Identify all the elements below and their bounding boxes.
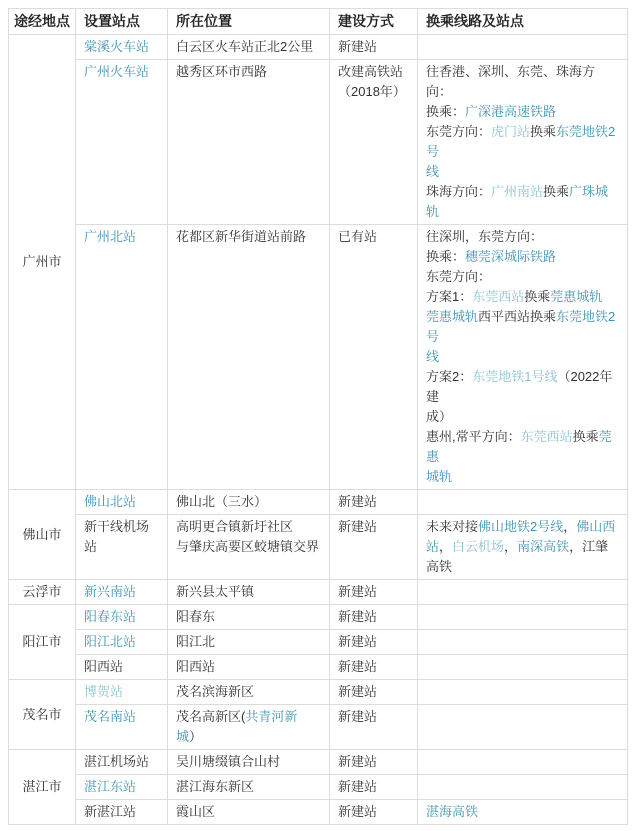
transfer-cell-text: 未来对接	[426, 519, 478, 534]
transfer-cell-line: 未来对接佛山地铁2号线，佛山西	[426, 517, 619, 537]
transfer-cell-text: 成）	[426, 409, 452, 424]
transfer-cell-text: ，	[439, 539, 452, 554]
transfer-cell-text: 换乘：	[426, 104, 465, 119]
location-cell: 吴川塘缀镇合山村	[168, 750, 330, 775]
construction-cell: 新建站	[330, 35, 418, 60]
location-cell: 湛江海东新区	[168, 775, 330, 800]
transfer-cell-link[interactable]: 虎门站	[491, 124, 530, 139]
construction-cell-line: 已有站	[338, 227, 409, 247]
transfer-cell-text: ，	[569, 539, 582, 554]
location-cell-line: 茂名高新区(共青河新城）	[176, 707, 321, 747]
location-cell-text: 吴川塘缀镇合山村	[176, 754, 280, 769]
transfer-cell-link[interactable]: 站	[426, 539, 439, 554]
transfer-cell	[418, 35, 628, 60]
construction-cell-text: 新建站	[338, 609, 377, 624]
construction-cell-line: 新建站	[338, 37, 409, 57]
station-cell-link[interactable]: 阳春东站	[84, 609, 136, 624]
construction-cell: 新建站	[330, 515, 418, 580]
transfer-cell: 未来对接佛山地铁2号线，佛山西站，白云机场，南深高铁，江肇高铁	[418, 515, 628, 580]
transfer-cell-text: ，	[504, 539, 517, 554]
station-cell: 棠溪火车站	[76, 35, 168, 60]
station-cell-line: 广州北站	[84, 227, 159, 247]
location-cell-line: 花都区新华街道站前路	[176, 227, 321, 247]
transfer-cell-link[interactable]: 南深高铁	[517, 539, 569, 554]
table-body: 广州市棠溪火车站白云区火车站正北2公里新建站广州火车站越秀区环市西路改建高铁站（…	[9, 35, 628, 825]
transfer-cell: 往深圳，东莞方向：换乘：穗莞深城际铁路东莞方向：方案1：东莞西站换乘莞惠城轨莞惠…	[418, 225, 628, 490]
transfer-cell-text: 东莞方向：	[426, 124, 491, 139]
location-cell-text: 阳西站	[176, 659, 215, 674]
city-cell: 茂名市	[9, 680, 76, 750]
transfer-cell	[418, 630, 628, 655]
transfer-cell-link[interactable]: 城轨	[426, 469, 452, 484]
transfer-cell-link[interactable]: 线	[426, 164, 439, 179]
header-station: 设置站点	[76, 9, 168, 35]
construction-cell: 新建站	[330, 800, 418, 825]
station-cell-line: 阳西站	[84, 657, 159, 677]
transfer-cell-text: 换乘	[524, 289, 550, 304]
construction-cell-line: 新建站	[338, 802, 409, 822]
station-cell: 湛江机场站	[76, 750, 168, 775]
construction-cell-text: 新建站	[338, 519, 377, 534]
station-cell-line: 博贺站	[84, 682, 159, 702]
transfer-cell-line: 线	[426, 347, 619, 367]
location-cell: 花都区新华街道站前路	[168, 225, 330, 490]
location-cell: 高明更合镇新圩社区与肇庆高要区蛟塘镇交界	[168, 515, 330, 580]
table-row: 云浮市新兴南站新兴县太平镇新建站	[9, 580, 628, 605]
location-cell-text: 花都区新华街道站前路	[176, 229, 306, 244]
transfer-cell-line: 方案1：东莞西站换乘莞惠城轨	[426, 287, 619, 307]
header-construction: 建设方式	[330, 9, 418, 35]
transfer-cell-line: 珠海方向：广州南站换乘广珠城轨	[426, 182, 619, 222]
station-cell-text: 阳西站	[84, 659, 123, 674]
station-cell-link[interactable]: 博贺站	[84, 684, 123, 699]
location-cell: 佛山北（三水）	[168, 490, 330, 515]
location-cell-line: 霞山区	[176, 802, 321, 822]
table-header-row: 途经地点 设置站点 所在位置 建设方式 换乘线路及站点	[9, 9, 628, 35]
location-cell-line: 茂名滨海新区	[176, 682, 321, 702]
construction-cell-line: 新建站	[338, 517, 409, 537]
construction-cell-text: 新建站	[338, 584, 377, 599]
location-cell-line: 高明更合镇新圩社区	[176, 517, 321, 537]
location-cell-line: 佛山北（三水）	[176, 492, 321, 512]
transfer-cell-text: 方案1：	[426, 289, 472, 304]
construction-cell-text: 改建高铁站	[338, 64, 403, 79]
construction-cell: 新建站	[330, 630, 418, 655]
location-cell-line: 湛江海东新区	[176, 777, 321, 797]
table-row: 新干线机场站高明更合镇新圩社区与肇庆高要区蛟塘镇交界新建站未来对接佛山地铁2号线…	[9, 515, 628, 580]
construction-cell-line: 新建站	[338, 657, 409, 677]
station-cell-text: 站	[84, 539, 97, 554]
construction-cell-line: 新建站	[338, 707, 409, 727]
table-row: 佛山市佛山北站佛山北（三水）新建站	[9, 490, 628, 515]
station-cell-line: 阳春东站	[84, 607, 159, 627]
station-cell-text: 新湛江站	[84, 804, 136, 819]
construction-cell-text: 新建站	[338, 634, 377, 649]
station-cell-line: 新兴南站	[84, 582, 159, 602]
transfer-cell-text: 惠州,常平方向：	[426, 429, 521, 444]
location-cell-line: 新兴县太平镇	[176, 582, 321, 602]
construction-cell-text: 新建站	[338, 754, 377, 769]
transfer-cell-link[interactable]: 莞惠城轨	[426, 309, 478, 324]
station-cell: 佛山北站	[76, 490, 168, 515]
construction-cell-line: 新建站	[338, 582, 409, 602]
city-cell: 佛山市	[9, 490, 76, 580]
transfer-cell-text: ，	[563, 519, 576, 534]
location-cell: 茂名滨海新区	[168, 680, 330, 705]
transfer-cell-line: 东莞方向：	[426, 267, 619, 287]
transfer-cell-text: 方案2：	[426, 369, 472, 384]
transfer-cell	[418, 705, 628, 750]
stations-table: 途经地点 设置站点 所在位置 建设方式 换乘线路及站点 广州市棠溪火车站白云区火…	[8, 8, 628, 825]
station-cell-text: 湛江机场站	[84, 754, 149, 769]
header-transfer: 换乘线路及站点	[418, 9, 628, 35]
construction-cell: 新建站	[330, 580, 418, 605]
transfer-cell: 湛海高铁	[418, 800, 628, 825]
station-cell: 新湛江站	[76, 800, 168, 825]
transfer-cell-text: 换乘：	[426, 249, 465, 264]
location-cell: 阳春东	[168, 605, 330, 630]
location-cell-line: 阳江北	[176, 632, 321, 652]
station-cell-text: 新干线机场	[84, 519, 149, 534]
transfer-cell-link[interactable]: 莞惠城轨	[550, 289, 602, 304]
location-cell-text: 霞山区	[176, 804, 215, 819]
construction-cell-text: 新建站	[338, 804, 377, 819]
station-cell-link[interactable]: 新兴南站	[84, 584, 136, 599]
construction-cell: 新建站	[330, 775, 418, 800]
page: 途经地点 设置站点 所在位置 建设方式 换乘线路及站点 广州市棠溪火车站白云区火…	[0, 0, 632, 831]
transfer-cell	[418, 775, 628, 800]
station-cell: 阳江北站	[76, 630, 168, 655]
city-cell: 云浮市	[9, 580, 76, 605]
transfer-cell	[418, 605, 628, 630]
transfer-cell-text: 西平西站换乘	[478, 309, 556, 324]
location-cell-text: ）	[189, 729, 202, 744]
transfer-cell-link[interactable]: 东莞西站	[472, 289, 524, 304]
table-row: 广州火车站越秀区环市西路改建高铁站（2018年）往香港、深圳、东莞、珠海方向：换…	[9, 60, 628, 225]
transfer-cell-line: 换乘：穗莞深城际铁路	[426, 247, 619, 267]
construction-cell-text: （2018年）	[338, 84, 406, 99]
station-cell: 新兴南站	[76, 580, 168, 605]
transfer-cell-text: 珠海方向：	[426, 184, 491, 199]
construction-cell: 新建站	[330, 750, 418, 775]
location-cell-text: 茂名高新区(	[176, 709, 245, 724]
station-cell-link[interactable]: 阳江北站	[84, 634, 136, 649]
construction-cell-text: 新建站	[338, 684, 377, 699]
station-cell-line: 站	[84, 537, 159, 557]
station-cell-line: 湛江机场站	[84, 752, 159, 772]
transfer-cell-link[interactable]: 广州南站	[491, 184, 543, 199]
location-cell-text: 阳江北	[176, 634, 215, 649]
station-cell: 博贺站	[76, 680, 168, 705]
location-cell: 霞山区	[168, 800, 330, 825]
header-route-location: 途经地点	[9, 9, 76, 35]
transfer-cell-text: 换乘	[543, 184, 569, 199]
table-row: 阳江市阳春东站阳春东新建站	[9, 605, 628, 630]
transfer-cell-line: 往香港、深圳、东莞、珠海方向：	[426, 62, 619, 102]
construction-cell-line: 新建站	[338, 777, 409, 797]
station-cell: 新干线机场站	[76, 515, 168, 580]
location-cell-text: 阳春东	[176, 609, 215, 624]
transfer-cell	[418, 490, 628, 515]
location-cell-line: 越秀区环市西路	[176, 62, 321, 82]
station-cell-line: 新湛江站	[84, 802, 159, 822]
city-cell: 阳江市	[9, 605, 76, 680]
location-cell-line: 阳西站	[176, 657, 321, 677]
table-row: 阳江北站阳江北新建站	[9, 630, 628, 655]
station-cell-link[interactable]: 广州火车站	[84, 64, 149, 79]
transfer-cell-line: 惠州,常平方向：东莞西站换乘莞惠	[426, 427, 619, 467]
table-row: 广州市棠溪火车站白云区火车站正北2公里新建站	[9, 35, 628, 60]
construction-cell-text: 新建站	[338, 659, 377, 674]
construction-cell: 已有站	[330, 225, 418, 490]
location-cell-line: 阳春东	[176, 607, 321, 627]
location-cell-line: 吴川塘缀镇合山村	[176, 752, 321, 772]
station-cell: 湛江东站	[76, 775, 168, 800]
transfer-cell	[418, 580, 628, 605]
location-cell: 阳西站	[168, 655, 330, 680]
transfer-cell-line: 湛海高铁	[426, 802, 619, 822]
construction-cell-text: 新建站	[338, 709, 377, 724]
transfer-cell-link[interactable]: 佛山地铁2号线	[478, 519, 563, 534]
transfer-cell-line: 站，白云机场，南深高铁，江肇高铁	[426, 537, 619, 577]
construction-cell: 新建站	[330, 680, 418, 705]
construction-cell-line: 新建站	[338, 752, 409, 772]
table-row: 湛江东站湛江海东新区新建站	[9, 775, 628, 800]
construction-cell-line: 新建站	[338, 492, 409, 512]
location-cell-text: 湛江海东新区	[176, 779, 254, 794]
transfer-cell-link[interactable]: 白云机场	[452, 539, 504, 554]
transfer-cell-link[interactable]: 线	[426, 349, 439, 364]
construction-cell: 改建高铁站（2018年）	[330, 60, 418, 225]
location-cell-text: 佛山北（三水）	[176, 494, 267, 509]
transfer-cell-line: 线	[426, 162, 619, 182]
transfer-cell-line: 方案2：东莞地铁1号线（2022年建	[426, 367, 619, 407]
city-cell: 广州市	[9, 35, 76, 490]
station-cell-line: 湛江东站	[84, 777, 159, 797]
construction-cell: 新建站	[330, 705, 418, 750]
construction-cell: 新建站	[330, 655, 418, 680]
transfer-cell-text: 往香港、深圳、东莞、珠海方向：	[426, 64, 595, 99]
station-cell-link[interactable]: 棠溪火车站	[84, 39, 149, 54]
station-cell: 广州北站	[76, 225, 168, 490]
location-cell: 阳江北	[168, 630, 330, 655]
location-cell-line: 白云区火车站正北2公里	[176, 37, 321, 57]
station-cell-link[interactable]: 茂名南站	[84, 709, 136, 724]
transfer-cell-line: 东莞方向：虎门站换乘东莞地铁2号	[426, 122, 619, 162]
construction-cell: 新建站	[330, 605, 418, 630]
construction-cell-line: 新建站	[338, 632, 409, 652]
construction-cell-line: （2018年）	[338, 82, 409, 102]
transfer-cell-text: 往深圳，东莞方向：	[426, 229, 543, 244]
station-cell-line: 茂名南站	[84, 707, 159, 727]
location-cell: 越秀区环市西路	[168, 60, 330, 225]
transfer-cell-link[interactable]: 广深港高速铁路	[465, 104, 556, 119]
station-cell: 茂名南站	[76, 705, 168, 750]
transfer-cell	[418, 655, 628, 680]
construction-cell-line: 新建站	[338, 682, 409, 702]
transfer-cell	[418, 680, 628, 705]
transfer-cell-link[interactable]: 佛山西	[576, 519, 615, 534]
transfer-cell	[418, 750, 628, 775]
header-position: 所在位置	[168, 9, 330, 35]
location-cell-text: 与肇庆高要区蛟塘镇交界	[176, 539, 319, 554]
transfer-cell-line: 往深圳，东莞方向：	[426, 227, 619, 247]
location-cell-text: 越秀区环市西路	[176, 64, 267, 79]
construction-cell-text: 新建站	[338, 39, 377, 54]
station-cell: 阳春东站	[76, 605, 168, 630]
station-cell: 广州火车站	[76, 60, 168, 225]
table-row: 茂名市博贺站茂名滨海新区新建站	[9, 680, 628, 705]
table-row: 广州北站花都区新华街道站前路已有站往深圳，东莞方向：换乘：穗莞深城际铁路东莞方向…	[9, 225, 628, 490]
location-cell-text: 新兴县太平镇	[176, 584, 254, 599]
transfer-cell-line: 换乘：广深港高速铁路	[426, 102, 619, 122]
construction-cell-text: 已有站	[338, 229, 377, 244]
transfer-cell-link[interactable]: 东莞西站	[521, 429, 573, 444]
construction-cell-text: 新建站	[338, 779, 377, 794]
location-cell-text: 白云区火车站正北2公里	[176, 39, 313, 54]
location-cell: 白云区火车站正北2公里	[168, 35, 330, 60]
table-row: 湛江市湛江机场站吴川塘缀镇合山村新建站	[9, 750, 628, 775]
city-cell: 湛江市	[9, 750, 76, 825]
construction-cell: 新建站	[330, 490, 418, 515]
station-cell-line: 新干线机场	[84, 517, 159, 537]
station-cell-link[interactable]: 湛江东站	[84, 779, 136, 794]
location-cell: 新兴县太平镇	[168, 580, 330, 605]
transfer-cell-line: 城轨	[426, 467, 619, 487]
location-cell: 茂名高新区(共青河新城）	[168, 705, 330, 750]
transfer-cell-line: 成）	[426, 407, 619, 427]
table-row: 茂名南站茂名高新区(共青河新城）新建站	[9, 705, 628, 750]
location-cell-text: 茂名滨海新区	[176, 684, 254, 699]
location-cell-text: 高明更合镇新圩社区	[176, 519, 293, 534]
transfer-cell: 往香港、深圳、东莞、珠海方向：换乘：广深港高速铁路东莞方向：虎门站换乘东莞地铁2…	[418, 60, 628, 225]
transfer-cell-text: 换乘	[530, 124, 556, 139]
station-cell-link[interactable]: 广州北站	[84, 229, 136, 244]
location-cell-line: 与肇庆高要区蛟塘镇交界	[176, 537, 321, 557]
construction-cell-line: 新建站	[338, 607, 409, 627]
transfer-cell-text: 换乘	[573, 429, 599, 444]
station-cell-link[interactable]: 佛山北站	[84, 494, 136, 509]
construction-cell-text: 新建站	[338, 494, 377, 509]
station-cell: 阳西站	[76, 655, 168, 680]
table-row: 阳西站阳西站新建站	[9, 655, 628, 680]
table-row: 新湛江站霞山区新建站湛海高铁	[9, 800, 628, 825]
transfer-cell-link[interactable]: 东莞地铁1号线	[472, 369, 557, 384]
station-cell-line: 佛山北站	[84, 492, 159, 512]
station-cell-line: 棠溪火车站	[84, 37, 159, 57]
construction-cell-line: 改建高铁站	[338, 62, 409, 82]
transfer-cell-link[interactable]: 湛海高铁	[426, 804, 478, 819]
station-cell-line: 阳江北站	[84, 632, 159, 652]
station-cell-line: 广州火车站	[84, 62, 159, 82]
transfer-cell-text: 东莞方向：	[426, 269, 491, 284]
transfer-cell-link[interactable]: 穗莞深城际铁路	[465, 249, 556, 264]
transfer-cell-line: 莞惠城轨西平西站换乘东莞地铁2号	[426, 307, 619, 347]
